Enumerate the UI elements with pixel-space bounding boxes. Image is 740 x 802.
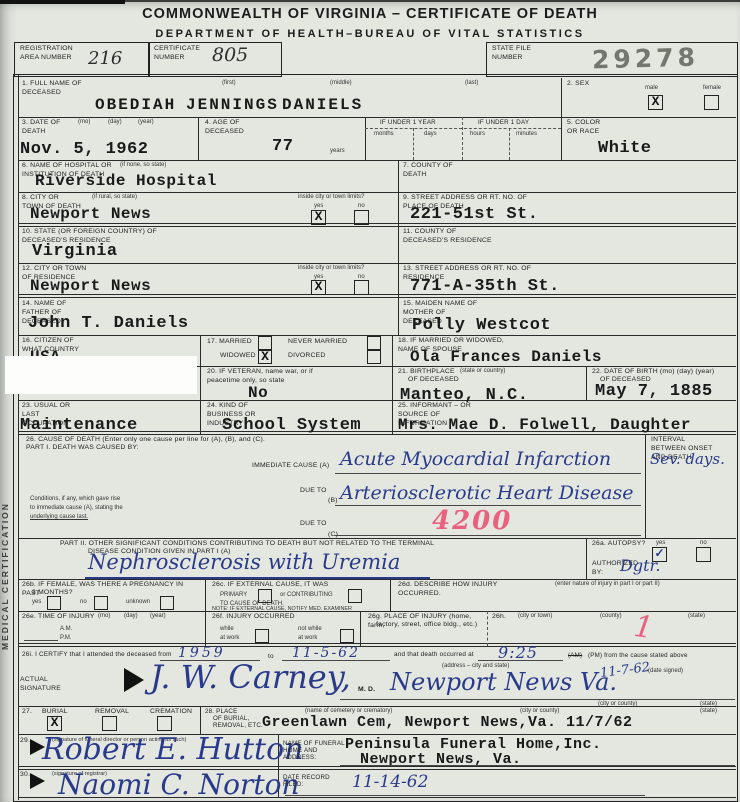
cremation-checkbox	[157, 716, 172, 731]
part1-label: PART I. DEATH WAS CAUSED BY:	[26, 444, 226, 453]
funeral-director-signature: Robert E. Hutton	[42, 732, 304, 767]
funeral-home-underline	[340, 765, 735, 766]
field-30-label: 30.	[20, 771, 30, 780]
am-option: (AM)	[568, 652, 582, 660]
col-line-dashed	[413, 128, 414, 160]
registrar-signature: Naomi C. Norton	[58, 768, 300, 801]
race-value: White	[598, 139, 652, 158]
row-line	[18, 117, 736, 118]
sex-male-checkbox: X	[648, 95, 663, 110]
burial-checkbox: X	[47, 716, 62, 731]
row-line	[18, 160, 736, 161]
removal-checkbox	[102, 716, 117, 731]
pm-label: P.M.	[60, 635, 72, 643]
form-inner-left-line	[18, 74, 19, 800]
document-subtitle: DEPARTMENT OF HEALTH–BUREAU OF VITAL STA…	[0, 28, 740, 40]
row-line	[18, 192, 736, 193]
conditions-note-1: Conditions, if any, which gave rise	[30, 496, 160, 504]
field-26g-label-2: factory, street, office bldg., etc.)	[376, 621, 486, 630]
days-note: days	[424, 131, 437, 139]
col-line	[200, 706, 201, 734]
pregnancy-no-checkbox	[94, 596, 108, 610]
year-note: (year)	[138, 119, 154, 127]
limits1-yes-checkbox: X	[311, 210, 326, 225]
field-21-note: (state or country)	[460, 368, 505, 376]
col-line	[365, 117, 366, 160]
cause-a-line	[335, 473, 641, 474]
time-underline	[478, 660, 563, 661]
informant-value: Mrs. Mae D. Folwell, Daughter	[398, 416, 691, 434]
primary-label: PRIMARY	[220, 592, 247, 600]
am-label: A.M.	[60, 626, 72, 634]
burial-mark: X	[48, 715, 61, 730]
row-line	[18, 611, 736, 612]
physician-signature: J. W. Carney,	[150, 658, 351, 696]
col-line-dashed	[487, 611, 488, 646]
field-20-label: 20. IF VETERAN, name war, or if peacetim…	[207, 368, 317, 386]
col-line	[200, 335, 201, 434]
time-line	[24, 640, 58, 641]
sex-female-label: female	[703, 85, 721, 93]
row-line	[18, 579, 736, 580]
at-work-label-2: at work	[298, 635, 317, 643]
cause-b-handwriting: Arteriosclerotic Heart Disease	[340, 482, 633, 504]
limits2-no-checkbox	[354, 280, 369, 295]
side-vertical-label: MEDICAL CERTIFICATION	[0, 398, 10, 650]
col-line-dashed	[509, 128, 510, 160]
field-6-note: (if none, so state)	[120, 162, 166, 170]
never-married-checkbox	[367, 336, 381, 350]
not-while-at-work-checkbox	[340, 629, 354, 643]
residence-street-value: 771-A-35th St.	[410, 277, 560, 296]
injury-mo-note: (mo)	[98, 613, 110, 621]
injury-year-note: (year)	[150, 613, 166, 621]
funeral-home-label-3: ADDRESS:	[283, 754, 316, 762]
date-signed-note: (date signed)	[648, 668, 683, 676]
row-line	[18, 297, 736, 298]
married-label: 17. MARRIED	[207, 338, 252, 347]
actual-signature-label: ACTUAL SIGNATURE	[20, 676, 60, 694]
field-26a-label: 26a. AUTOPSY?	[592, 540, 645, 549]
registrar-underline	[285, 795, 645, 796]
field-26f-label: 26f. INJURY OCCURRED	[212, 613, 295, 622]
row-line	[18, 226, 736, 227]
death-certificate-document: COMMONWEALTH OF VIRGINIA – CERTIFICATE O…	[0, 0, 740, 802]
field-21-sub: OF DECEASED	[408, 376, 459, 385]
city-residence-value: Newport News	[30, 277, 151, 295]
pregnancy-unknown-checkbox	[160, 596, 174, 610]
limits-question-1: inside city or town limits?	[298, 194, 393, 202]
field-26h-label: 26h.	[492, 613, 506, 622]
limits1-yes-mark: X	[312, 209, 325, 224]
part2-handwriting: Nephrosclerosis with Uremia	[88, 550, 400, 574]
autopsy-no-checkbox	[696, 547, 711, 562]
due-to-1-label: DUE TO	[300, 487, 327, 496]
injury-state-note: (state)	[688, 613, 705, 621]
scan-edge-top-right	[0, 0, 125, 4]
col-line	[398, 160, 399, 335]
field-1-label: 1. FULL NAME OF DECEASED	[22, 80, 82, 98]
state-file-label: STATE FILE NUMBER	[492, 45, 532, 63]
mo-note: (mo)	[78, 119, 90, 127]
age-value: 77	[272, 137, 293, 156]
state-file-stamp: 29278	[592, 43, 700, 75]
business-value: School System	[222, 416, 361, 435]
field-8-note: (if rural, so state)	[92, 194, 137, 202]
at-work-label-1: at work	[220, 635, 239, 643]
deceased-middle-name: JENNINGS	[186, 96, 279, 114]
not-while-label: not while	[298, 626, 322, 634]
signature-baseline	[340, 699, 735, 700]
sex-male-mark: X	[649, 94, 662, 109]
widowed-label: WIDOWED	[220, 352, 256, 361]
field-4-label: 4. AGE OF DECEASED	[205, 119, 255, 137]
date-filed-value: 11-14-62	[352, 772, 428, 792]
immediate-cause-label: IMMEDIATE CAUSE (A)	[252, 462, 342, 471]
field-3-label: 3. DATE OF DEATH	[22, 119, 70, 137]
mother-name-value: Polly Westcot	[412, 316, 551, 335]
field-27-label: 27.	[22, 708, 32, 717]
limits2-yes-mark: X	[312, 279, 325, 294]
middle-note: (middle)	[330, 80, 352, 88]
injury-day-note: (day)	[124, 613, 138, 621]
date-of-death-value: Nov. 5, 1962	[20, 140, 148, 159]
field-29-label: 29.	[20, 737, 30, 746]
field-26e-label: 26e. TIME OF INJURY	[22, 613, 95, 622]
field-26c-label: 26c. IF EXTERNAL CAUSE, IT WAS	[212, 581, 352, 590]
external-cause-note: NOTE: IF EXTERNAL CAUSE, NOTIFY MED. EXA…	[212, 606, 352, 613]
pregnancy-yes-label: yes	[32, 599, 41, 607]
never-married-label: NEVER MARRIED	[288, 338, 347, 347]
deceased-last-name: DANIELS	[282, 96, 363, 114]
registrar-arrow-icon	[30, 773, 45, 789]
hours-note: hours	[470, 131, 485, 139]
due-to-2-label: DUE TO	[300, 520, 327, 529]
pregnancy-no-label: no	[80, 599, 87, 607]
under-day-label: IF UNDER 1 DAY	[478, 119, 558, 127]
date-of-birth-value: May 7, 1885	[595, 382, 713, 401]
veteran-value: No	[248, 384, 268, 402]
father-name-value: John T. Daniels	[28, 314, 189, 333]
col-line	[198, 117, 199, 160]
row-line	[18, 263, 736, 264]
spouse-value: Ola Frances Daniels	[410, 348, 602, 366]
col-line	[561, 78, 562, 160]
day-note: (day)	[108, 119, 122, 127]
months-note: months	[374, 131, 394, 139]
col-line	[360, 611, 361, 646]
certify-mid: and that death occurred at	[394, 651, 474, 659]
place-of-burial-value: Greenlawn Cem, Newport News,Va. 11/7/62	[262, 714, 633, 731]
conditions-note-2: to immediate cause (A), stating the	[30, 505, 160, 513]
interval-value-handwriting: Sev. days.	[650, 450, 725, 468]
limits-question-2: inside city or town limits?	[298, 265, 393, 273]
registration-value: 216	[88, 48, 122, 69]
md-label: M. D.	[358, 686, 375, 695]
city-of-death-value: Newport News	[30, 205, 151, 223]
minutes-note: minutes	[516, 131, 537, 139]
subrow-line-dashed	[365, 128, 561, 129]
occupation-value: Maintenance	[20, 416, 138, 435]
conditions-note-3: underlying cause last.	[30, 514, 160, 522]
married-checkbox	[258, 336, 272, 350]
sex-female-checkbox	[704, 95, 719, 110]
field-28-label-3: REMOVAL, ETC.	[213, 722, 263, 730]
row-line	[18, 646, 736, 647]
col-line	[205, 579, 206, 646]
row-line	[18, 538, 736, 539]
certificate-label: CERTIFICATE NUMBER	[154, 45, 209, 63]
col-line	[586, 366, 587, 400]
deceased-first-name: OBEDIAH	[95, 96, 176, 114]
part2-underline	[85, 577, 430, 579]
authorized-by-value: Dgtr.	[620, 556, 660, 575]
contributing-label: or CONTRIBUTING	[280, 592, 333, 600]
hospital-value: Riverside Hospital	[35, 172, 217, 190]
field-26d-label: 26d. DESCRIBE HOW INJURY OCCURRED.	[398, 581, 538, 599]
state-residence-value: Virginia	[32, 242, 118, 261]
cause-a-handwriting: Acute Myocardial Infarction	[340, 448, 611, 470]
contributing-checkbox	[348, 589, 362, 603]
pm-option-and-clause: (PM) from the cause stated above	[588, 652, 728, 660]
col-line	[392, 335, 393, 434]
certificate-value: 805	[212, 44, 248, 66]
first-note: (first)	[222, 80, 236, 88]
years-note: years	[330, 148, 345, 156]
row-line	[18, 643, 736, 644]
col-line	[645, 434, 646, 538]
injury-county-note: (county)	[600, 613, 622, 621]
limits1-no-checkbox	[354, 210, 369, 225]
registration-label: REGISTRATION AREA NUMBER	[20, 45, 75, 63]
while-at-work-checkbox	[255, 629, 269, 643]
field-7-label: 7. COUNTY OF DEATH	[403, 162, 463, 180]
widowed-mark: X	[259, 349, 271, 364]
row-line	[18, 223, 736, 224]
whiteout-patch	[5, 356, 197, 394]
divorced-checkbox	[367, 350, 381, 364]
date-filed-label-2: FILED:	[283, 781, 303, 789]
limits2-yes-checkbox: X	[311, 280, 326, 295]
pregnancy-unknown-label: unknown	[126, 599, 150, 607]
pregnancy-yes-checkbox	[47, 596, 61, 610]
place-of-death-street: 221-51st St.	[410, 205, 538, 224]
under-year-label: IF UNDER 1 YEAR	[380, 119, 460, 127]
while-label: while	[220, 626, 234, 634]
injury-city-note: (city or town)	[518, 613, 552, 621]
col-line	[586, 538, 587, 579]
physician-place-handwriting: Newport News Va.	[390, 668, 617, 696]
field-26d-note: (enter nature of injury in part I or par…	[555, 581, 735, 589]
field-11-label: 11. COUNTY OF DECEASED'S RESIDENCE	[403, 228, 493, 246]
last-note: (last)	[465, 80, 478, 88]
col-line-dashed	[462, 117, 463, 160]
field-2-label: 2. SEX	[567, 80, 589, 89]
city-county-note: (city or county)	[598, 701, 637, 709]
widowed-checkbox: X	[258, 350, 272, 364]
cause-c-line	[335, 535, 641, 536]
col-line	[390, 579, 391, 611]
field-5-label: 5. COLOR OR RACE	[567, 119, 607, 137]
code-stamp-4200: 4200	[432, 506, 512, 536]
divorced-label: DIVORCED	[288, 352, 325, 361]
document-title: COMMONWEALTH OF VIRGINIA – CERTIFICATE O…	[0, 6, 740, 22]
burial-state-note: (state)	[700, 708, 717, 716]
sex-male-label: male	[645, 85, 658, 93]
signature-arrow-icon	[124, 668, 144, 692]
